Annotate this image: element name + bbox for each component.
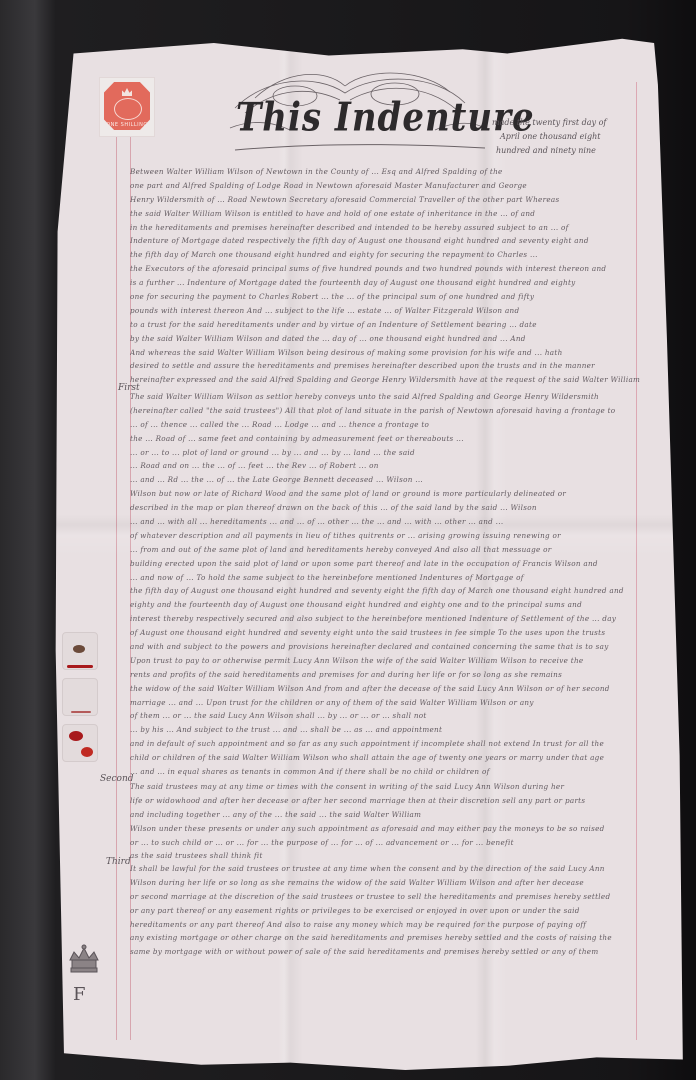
text-line: hereditaments or any part thereof And al…	[130, 918, 650, 932]
text-line: child or children of the said Walter Wil…	[130, 751, 650, 765]
text-line: of whatever description and all payments…	[130, 529, 650, 543]
text-line: pounds with interest thereon And ... sub…	[130, 304, 650, 318]
date-clause-line-3: hundred and ninety nine	[496, 146, 596, 155]
text-line: Indenture of Mortgage dated respectively…	[130, 234, 650, 248]
text-line: same by mortgage with or without power o…	[130, 945, 650, 959]
text-line: (hereinafter called "the said trustees")…	[130, 404, 650, 418]
stamp-ring	[114, 98, 142, 120]
text-line: by the said Walter William Wilson and da…	[130, 332, 650, 346]
crown-icon	[64, 944, 104, 980]
date-clause-line-2: April one thousand eight	[500, 132, 600, 141]
first-clause-text: The said Walter William Wilson as settlo…	[130, 390, 650, 779]
wax-seal-1	[62, 632, 98, 670]
margin-label-third: Third	[106, 857, 131, 867]
text-line: building erected upon the said plot of l…	[130, 557, 650, 571]
wax-seal-2	[62, 678, 98, 716]
crown-mark-letter: F	[73, 984, 86, 1005]
text-line: one part and Alfred Spalding of Lodge Ro…	[130, 179, 650, 193]
text-line: and in default of such appointment and s…	[130, 737, 650, 751]
text-line: desired to settle and assure the heredit…	[130, 359, 650, 373]
left-margin-rule	[116, 82, 117, 1040]
text-line: the fifth day of August one thousand eig…	[130, 584, 650, 598]
seal-ribbon-icon	[71, 711, 91, 713]
stamp-seal-icon: ONE SHILLING	[104, 82, 150, 130]
text-line: of them ... or ... the said Lucy Ann Wil…	[130, 709, 650, 723]
wax-seals	[62, 632, 98, 770]
preamble-text: Between Walter William Wilson of Newtown…	[130, 165, 650, 387]
text-line: marriage ... and ... Upon trust for the …	[130, 696, 650, 710]
text-line: ... or ... to ... plot of land or ground…	[130, 446, 650, 460]
text-line: any existing mortgage or other charge on…	[130, 931, 650, 945]
wax-seal-3	[62, 724, 98, 762]
text-line: of August one thousand eight hundred and…	[130, 626, 650, 640]
text-line: Henry Wildersmith of ... Road Newtown Se…	[130, 193, 650, 207]
text-line: or any part thereof or any easement righ…	[130, 904, 650, 918]
text-line: Between Walter William Wilson of Newtown…	[130, 165, 650, 179]
wax-drop-icon	[81, 747, 93, 757]
date-clause-line-1: made the twenty first day of	[492, 118, 606, 127]
text-line: one for securing the payment to Charles …	[130, 290, 650, 304]
second-clause-text: The said trustees may at any time or tim…	[130, 780, 650, 863]
text-line: ... of ... thence ... called the ... Roa…	[130, 418, 650, 432]
text-line: hereinafter expressed and the said Alfre…	[130, 373, 650, 387]
text-line: the said Walter William Wilson is entitl…	[130, 207, 650, 221]
text-line: in the hereditaments and premises herein…	[130, 221, 650, 235]
text-line: ... by his ... And subject to the trust …	[130, 723, 650, 737]
text-line: eighty and the fourteenth day of August …	[130, 598, 650, 612]
wax-drop-icon	[69, 731, 83, 741]
text-line: Wilson under these presents or under any…	[130, 822, 650, 836]
text-line: Wilson during her life or so long as she…	[130, 876, 650, 890]
text-line: Wilson but now or late of Richard Wood a…	[130, 487, 650, 501]
text-line: the Executors of the aforesaid principal…	[130, 262, 650, 276]
text-line: ... and ... Rd ... the ... of ... the La…	[130, 473, 650, 487]
text-line: ... and ... with all ... hereditaments .…	[130, 515, 650, 529]
text-line: or ... to such child or ... or ... for .…	[130, 836, 650, 850]
text-line: or second marriage at the discretion of …	[130, 890, 650, 904]
text-line: And whereas the said Walter William Wils…	[130, 346, 650, 360]
text-line: ... and ... in equal shares as tenants i…	[130, 765, 650, 779]
text-line: ... from and out of the same plot of lan…	[130, 543, 650, 557]
stamp-crown-icon	[122, 88, 132, 96]
text-line: and with and subject to the powers and p…	[130, 640, 650, 654]
margin-label-first: First	[118, 383, 140, 393]
seal-ribbon-icon	[67, 665, 93, 668]
text-line: ... and now of ... To hold the same subj…	[130, 571, 650, 585]
seal-mark-icon	[73, 645, 85, 653]
text-line: and including together ... any of the ..…	[130, 808, 650, 822]
document-title: This Indenture	[236, 95, 535, 141]
text-line: described in the map or plan thereof dra…	[130, 501, 650, 515]
text-line: interest thereby respectively secured an…	[130, 612, 650, 626]
text-line: the widow of the said Walter William Wil…	[130, 682, 650, 696]
text-line: Upon trust to pay to or otherwise permit…	[130, 654, 650, 668]
text-line: It shall be lawful for the said trustees…	[130, 862, 650, 876]
stamp-label: ONE SHILLING	[104, 122, 150, 128]
margin-label-second: Second	[100, 774, 134, 784]
revenue-stamp: ONE SHILLING	[99, 77, 155, 137]
text-line: ... Road and on ... the ... of ... feet …	[130, 459, 650, 473]
text-line: to a trust for the said hereditaments un…	[130, 318, 650, 332]
text-line: the fifth day of March one thousand eigh…	[130, 248, 650, 262]
text-line: the ... Road of ... same feet and contai…	[130, 432, 650, 446]
text-line: The said Walter William Wilson as settlo…	[130, 390, 650, 404]
third-clause-text: It shall be lawful for the said trustees…	[130, 862, 650, 959]
text-line: is a further ... Indenture of Mortgage d…	[130, 276, 650, 290]
text-line: life or widowhood and after her decease …	[130, 794, 650, 808]
text-line: rents and profits of the said hereditame…	[130, 668, 650, 682]
text-line: The said trustees may at any time or tim…	[130, 780, 650, 794]
